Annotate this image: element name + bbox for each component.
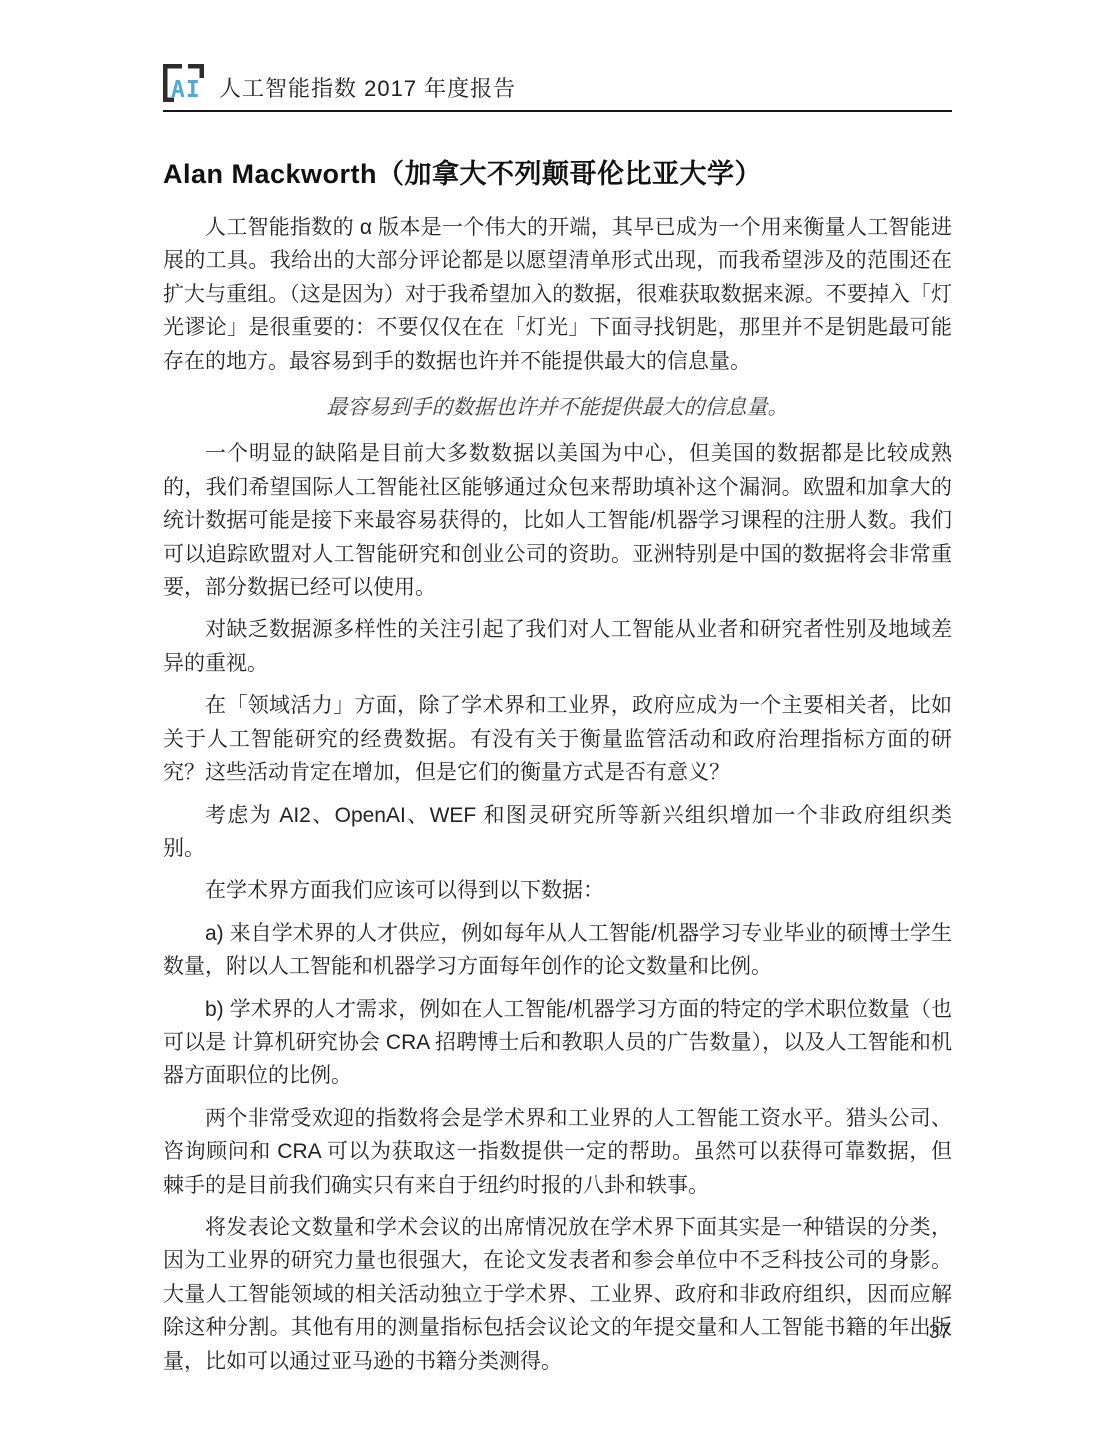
page-number: 37 xyxy=(929,1322,950,1344)
document-page: AI 人工智能指数 2017 年度报告 Alan Mackworth（加拿大不列… xyxy=(0,0,1113,1440)
list-item-a: a) 来自学术界的人才供应，例如每年从人工智能/机器学习专业毕业的硕博士学生数量… xyxy=(163,917,952,984)
report-title: 人工智能指数 2017 年度报告 xyxy=(219,78,516,102)
list-item-b: b) 学术界的人才需求，例如在人工智能/机器学习方面的特定的学术职位数量（也可以… xyxy=(163,993,952,1093)
pull-quote: 最容易到手的数据也许并不能提供最大的信息量。 xyxy=(163,391,952,424)
content-column: AI 人工智能指数 2017 年度报告 Alan Mackworth（加拿大不列… xyxy=(163,0,952,1387)
paragraph: 对缺乏数据源多样性的关注引起了我们对人工智能从业者和研究者性别及地域差异的重视。 xyxy=(163,613,952,680)
paragraph: 人工智能指数的 α 版本是一个伟大的开端，其早已成为一个用来衡量人工智能进展的工… xyxy=(163,211,952,378)
paragraph: 在学术界方面我们应该可以得到以下数据： xyxy=(163,874,952,907)
report-header: AI 人工智能指数 2017 年度报告 xyxy=(163,0,952,112)
paragraph: 一个明显的缺陷是目前大多数数据以美国为中心，但美国的数据都是比较成熟的，我们希望… xyxy=(163,437,952,604)
ai-index-logo-icon: AI xyxy=(163,60,209,102)
article-body: 人工智能指数的 α 版本是一个伟大的开端，其早已成为一个用来衡量人工智能进展的工… xyxy=(163,211,952,1378)
page-title: Alan Mackworth（加拿大不列颠哥伦比亚大学） xyxy=(163,152,952,191)
paragraph: 将发表论文数量和学术会议的出席情况放在学术界下面其实是一种错误的分类，因为工业界… xyxy=(163,1211,952,1378)
svg-text:AI: AI xyxy=(171,77,201,102)
paragraph: 考虑为 AI2、OpenAI、WEF 和图灵研究所等新兴组织增加一个非政府组织类… xyxy=(163,799,952,866)
paragraph: 在「领域活力」方面，除了学术界和工业界，政府应成为一个主要相关者，比如关于人工智… xyxy=(163,689,952,789)
paragraph: 两个非常受欢迎的指数将会是学术界和工业界的人工智能工资水平。猎头公司、咨询顾问和… xyxy=(163,1102,952,1202)
